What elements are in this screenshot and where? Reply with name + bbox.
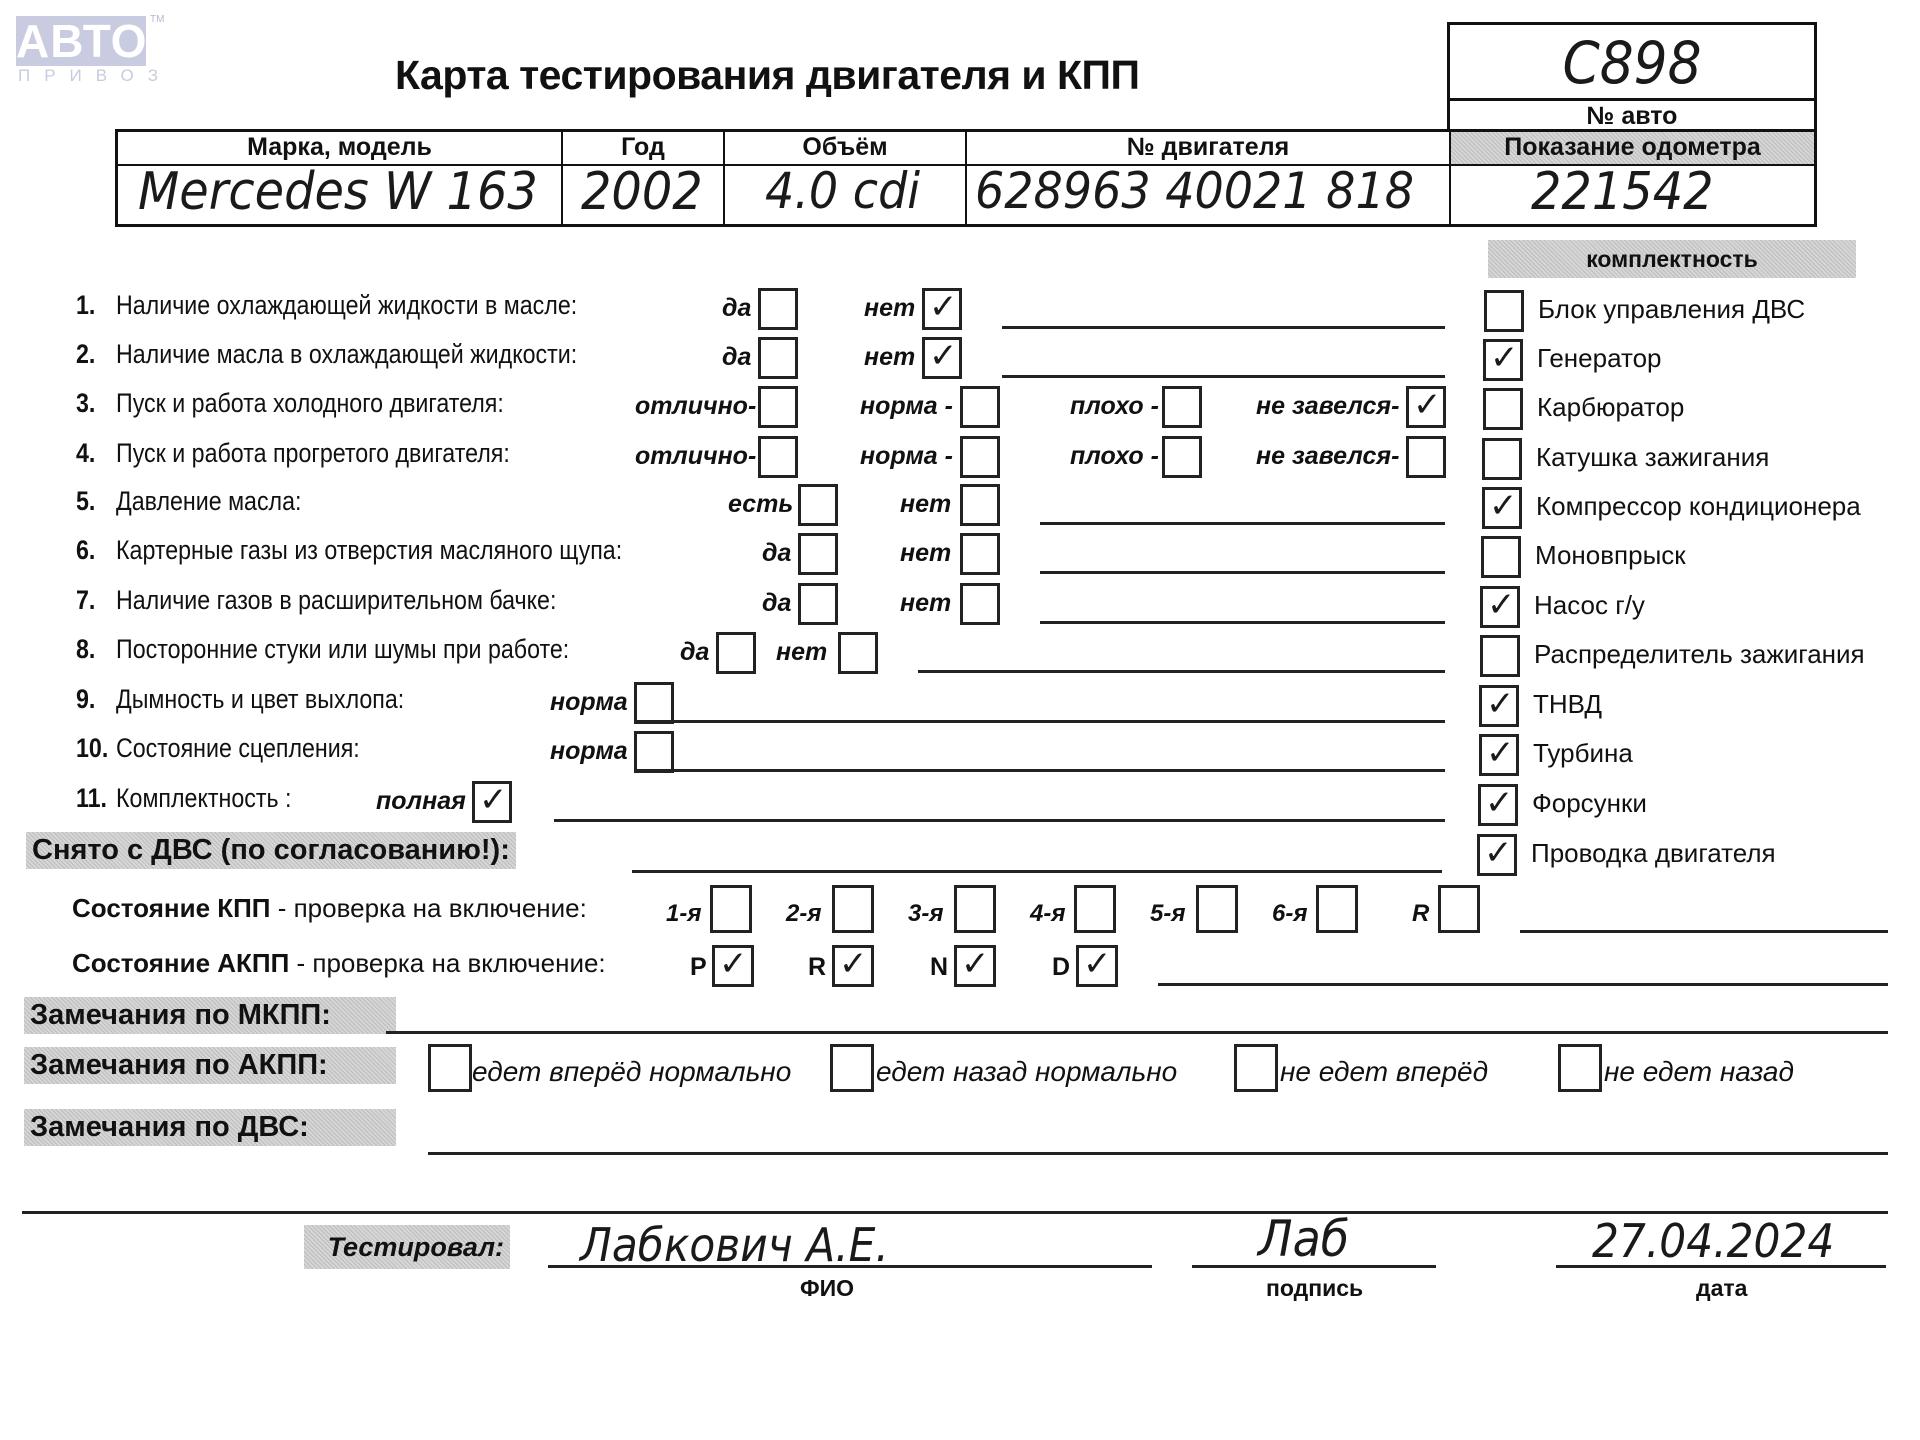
option-label: норма - <box>860 442 953 471</box>
option-label: нет <box>900 589 951 618</box>
option-checkbox[interactable] <box>1406 436 1446 478</box>
test-date[interactable]: 27.04.2024 <box>1592 1214 1834 1268</box>
gear-checkbox[interactable] <box>1196 885 1238 933</box>
option-label: плохо - <box>1070 392 1159 421</box>
option-checkbox[interactable]: ✓ <box>1406 386 1446 428</box>
completeness-label: Турбина <box>1533 738 1633 769</box>
check-mark-icon: ✓ <box>1083 944 1112 984</box>
col-header-odometer: Показание одометра <box>1451 132 1814 164</box>
completeness-label: Форсунки <box>1532 788 1647 819</box>
odometer-value[interactable]: 221542 <box>1531 162 1714 222</box>
gear-checkbox[interactable] <box>1438 885 1480 933</box>
gear-label: P <box>690 953 707 982</box>
completeness-checkbox[interactable]: ✓ <box>1478 784 1518 826</box>
check-mark-icon: ✓ <box>719 944 748 984</box>
gear-checkbox[interactable]: ✓ <box>712 945 754 987</box>
tester-name-caption: ФИО <box>800 1275 854 1302</box>
gear-label: N <box>930 953 948 982</box>
gear-checkbox[interactable] <box>954 885 996 933</box>
check-label: Картерные газы из отверстия масляного щу… <box>116 535 622 566</box>
vehicle-info-table: Марка, модель Год Объём № двигателя Пока… <box>115 129 1817 227</box>
gear-label: 2-я <box>786 900 821 928</box>
check-mark-icon: ✓ <box>839 944 868 984</box>
option-checkbox[interactable] <box>758 288 798 330</box>
gear-label: 3-я <box>908 900 943 928</box>
check-mark-icon: ✓ <box>1486 733 1515 773</box>
option-label: отлично- <box>635 442 756 471</box>
option-label: нет <box>900 490 951 519</box>
check-mark-icon: ✓ <box>1487 585 1516 625</box>
option-checkbox[interactable]: ✓ <box>922 288 962 330</box>
completeness-checkbox[interactable]: ✓ <box>1482 487 1522 529</box>
check-number: 9. <box>76 684 95 715</box>
gear-label: 1-я <box>666 900 701 928</box>
check-mark-icon: ✓ <box>1413 385 1442 425</box>
check-mark-icon: ✓ <box>929 336 958 376</box>
remarks-mkpp-label: Замечания по МКПП: <box>24 997 396 1034</box>
option-label: отлично- <box>635 392 756 421</box>
completeness-checkbox[interactable]: ✓ <box>1479 734 1519 776</box>
notes-field[interactable] <box>918 670 1445 673</box>
option-label: норма - <box>860 392 953 421</box>
option-checkbox[interactable]: ✓ <box>922 337 962 379</box>
notes-field[interactable] <box>1002 326 1445 329</box>
notes-field[interactable] <box>1040 571 1445 574</box>
completeness-label: Генератор <box>1537 343 1662 374</box>
option-checkbox[interactable] <box>758 337 798 379</box>
col-header-model: Марка, модель <box>118 132 563 164</box>
completeness-label: Блок управления ДВС <box>1538 294 1805 325</box>
kpp-label: Состояние КПП - проверка на включение: <box>72 893 587 924</box>
akpp-remark-label: едет вперёд нормально <box>472 1056 791 1088</box>
check-number: 5. <box>76 486 95 517</box>
signature-line <box>1192 1265 1436 1268</box>
gear-checkbox[interactable]: ✓ <box>832 945 874 987</box>
check-mark-icon: ✓ <box>479 780 508 820</box>
completeness-label: Карбюратор <box>1537 392 1684 423</box>
gear-checkbox[interactable]: ✓ <box>954 945 996 987</box>
brand-subtitle: ПРИВОЗ <box>18 66 172 86</box>
option-label: нет <box>776 638 827 667</box>
option-checkbox[interactable] <box>758 436 798 478</box>
check-mark-icon: ✓ <box>1484 833 1513 873</box>
check-mark-icon: ✓ <box>929 287 958 327</box>
check-mark-icon: ✓ <box>1490 338 1519 378</box>
check-label: Состояние сцепления: <box>116 733 360 764</box>
option-label: нет <box>864 294 915 323</box>
akpp-label: Состояние АКПП - проверка на включение: <box>72 948 606 979</box>
gear-label: 5-я <box>1150 900 1185 928</box>
akpp-remark-label: не едет назад <box>1604 1056 1794 1088</box>
date-line <box>1556 1265 1886 1268</box>
gear-checkbox[interactable] <box>832 885 874 933</box>
option-label: да <box>762 539 791 568</box>
car-number-box: С898 <box>1447 22 1817 102</box>
tested-label: Тестировал: <box>304 1225 510 1269</box>
check-number: 8. <box>76 634 95 665</box>
notes-field[interactable] <box>634 720 1445 723</box>
check-number: 4. <box>76 438 95 469</box>
option-label: да <box>722 343 751 372</box>
check-number: 10. <box>76 733 108 764</box>
check-label: Пуск и работа прогретого двигателя: <box>116 438 510 469</box>
check-mark-icon: ✓ <box>1486 684 1515 724</box>
option-label: да <box>680 638 709 667</box>
check-label: Посторонние стуки или шумы при работе: <box>116 634 569 665</box>
option-checkbox[interactable] <box>1162 386 1202 428</box>
notes-field[interactable] <box>1040 522 1445 525</box>
col-header-volume: Объём <box>725 132 967 164</box>
check-label: Пуск и работа холодного двигателя: <box>116 388 504 419</box>
gear-label: R <box>1412 900 1429 928</box>
option-checkbox[interactable]: ✓ <box>472 781 512 823</box>
removed-field[interactable] <box>632 870 1442 873</box>
remarks-dvs-field[interactable] <box>428 1152 1888 1155</box>
check-number: 11. <box>76 783 107 814</box>
option-label: есть <box>728 490 793 519</box>
remarks-dvs-label: Замечания по ДВС: <box>24 1109 396 1146</box>
akpp-remark-label: едет назад нормально <box>876 1056 1177 1088</box>
option-checkbox[interactable] <box>634 731 674 773</box>
tester-name[interactable]: Лабкович А.Е. <box>580 1218 889 1272</box>
option-checkbox[interactable] <box>798 583 838 625</box>
option-checkbox[interactable] <box>960 533 1000 575</box>
gear-label: 4-я <box>1030 900 1065 928</box>
option-label: не завелся- <box>1256 392 1399 421</box>
notes-field[interactable] <box>1040 621 1445 624</box>
col-header-year: Год <box>563 132 725 164</box>
check-label: Давление масла: <box>116 486 301 517</box>
gear-checkbox[interactable]: ✓ <box>1076 945 1118 987</box>
option-label: норма <box>550 688 628 717</box>
akpp-remark-checkbox[interactable] <box>428 1044 472 1092</box>
tester-name-line <box>548 1265 1152 1268</box>
option-label: да <box>762 589 791 618</box>
option-checkbox[interactable] <box>960 386 1000 428</box>
col-header-engine-no: № двигателя <box>967 132 1451 164</box>
notes-field[interactable] <box>554 819 1445 822</box>
completeness-label: Моновпрыск <box>1535 540 1686 571</box>
option-label: да <box>722 294 751 323</box>
gear-checkbox[interactable] <box>710 885 752 933</box>
trademark: TM <box>150 14 164 25</box>
gear-checkbox[interactable] <box>1074 885 1116 933</box>
volume-value[interactable]: 4.0 cdi <box>765 162 920 220</box>
completeness-checkbox[interactable]: ✓ <box>1477 834 1517 876</box>
completeness-checkbox[interactable] <box>1482 438 1522 480</box>
check-mark-icon: ✓ <box>1489 486 1518 526</box>
check-mark-icon: ✓ <box>1485 783 1514 823</box>
option-checkbox[interactable] <box>960 436 1000 478</box>
model-value[interactable]: Mercedes W 163 <box>138 162 538 222</box>
check-mark-icon: ✓ <box>961 944 990 984</box>
completeness-checkbox[interactable]: ✓ <box>1483 339 1523 381</box>
option-label: полная <box>376 787 466 816</box>
car-number-value[interactable]: С898 <box>1465 29 1800 97</box>
option-checkbox[interactable] <box>1162 436 1202 478</box>
gear-label: D <box>1052 953 1070 982</box>
option-label: норма <box>550 737 628 766</box>
check-number: 2. <box>76 339 95 370</box>
completeness-label: ТНВД <box>1533 689 1602 720</box>
option-checkbox[interactable] <box>960 583 1000 625</box>
gear-label: R <box>808 953 826 982</box>
check-number: 1. <box>76 290 95 321</box>
date-caption: дата <box>1696 1275 1747 1302</box>
notes-field[interactable] <box>634 769 1445 772</box>
option-checkbox[interactable] <box>960 484 1000 526</box>
notes-field[interactable] <box>1002 375 1445 378</box>
check-label: Наличие газов в расширительном бачке: <box>116 585 556 616</box>
check-number: 3. <box>76 388 95 419</box>
akpp-remark-label: не едет вперёд <box>1280 1056 1488 1088</box>
remarks-mkpp-field[interactable] <box>386 1031 1888 1034</box>
page-title: Карта тестирования двигателя и КПП <box>395 52 1139 99</box>
check-label: Наличие масла в охлаждающей жидкости: <box>116 339 577 370</box>
completeness-label: Проводка двигателя <box>1531 838 1776 869</box>
year-value[interactable]: 2002 <box>581 162 703 222</box>
completeness-label: Катушка зажигания <box>1536 442 1769 473</box>
remarks-akpp-label: Замечания по АКПП: <box>24 1047 396 1084</box>
option-label: нет <box>864 343 915 372</box>
engine-number-value[interactable]: 628963 40021 818 <box>975 162 1414 220</box>
completeness-checkbox[interactable] <box>1480 635 1520 677</box>
removed-label: Снято с ДВС (по согласованию!): <box>26 832 516 869</box>
completeness-label: Компрессор кондиционера <box>1536 491 1861 522</box>
completeness-checkbox[interactable] <box>1483 388 1523 430</box>
akpp-remark-checkbox[interactable] <box>830 1044 874 1092</box>
option-checkbox[interactable] <box>798 533 838 575</box>
check-label: Комплектность : <box>116 783 291 814</box>
kpp-notes-field[interactable] <box>1520 930 1888 933</box>
gear-checkbox[interactable] <box>1316 885 1358 933</box>
check-number: 6. <box>76 535 95 566</box>
akpp-notes-field[interactable] <box>1158 983 1888 986</box>
completeness-label: Распределитель зажигания <box>1534 639 1865 670</box>
completeness-header: комплектность <box>1488 240 1856 278</box>
option-checkbox[interactable] <box>838 632 878 674</box>
completeness-checkbox[interactable] <box>1484 290 1524 332</box>
completeness-checkbox[interactable]: ✓ <box>1480 586 1520 628</box>
car-number-label: № авто <box>1447 98 1817 132</box>
completeness-label: Насос г/у <box>1534 590 1645 621</box>
gear-label: 6-я <box>1272 900 1307 928</box>
option-checkbox[interactable] <box>758 386 798 428</box>
signature-caption: подпись <box>1266 1275 1363 1302</box>
completeness-checkbox[interactable]: ✓ <box>1479 685 1519 727</box>
brand-logo: АВТО <box>16 16 146 66</box>
check-label: Дымность и цвет выхлопа: <box>116 684 404 715</box>
check-label: Наличие охлаждающей жидкости в масле: <box>116 290 577 321</box>
option-checkbox[interactable] <box>798 484 838 526</box>
akpp-remark-checkbox[interactable] <box>1558 1044 1602 1092</box>
option-checkbox[interactable] <box>716 632 756 674</box>
option-checkbox[interactable] <box>634 682 674 724</box>
option-label: не завелся- <box>1256 442 1399 471</box>
akpp-remark-checkbox[interactable] <box>1234 1044 1278 1092</box>
option-label: плохо - <box>1070 442 1159 471</box>
option-label: нет <box>900 539 951 568</box>
signature[interactable]: Лаб <box>1258 1210 1349 1268</box>
check-number: 7. <box>76 585 95 616</box>
completeness-checkbox[interactable] <box>1481 536 1521 578</box>
